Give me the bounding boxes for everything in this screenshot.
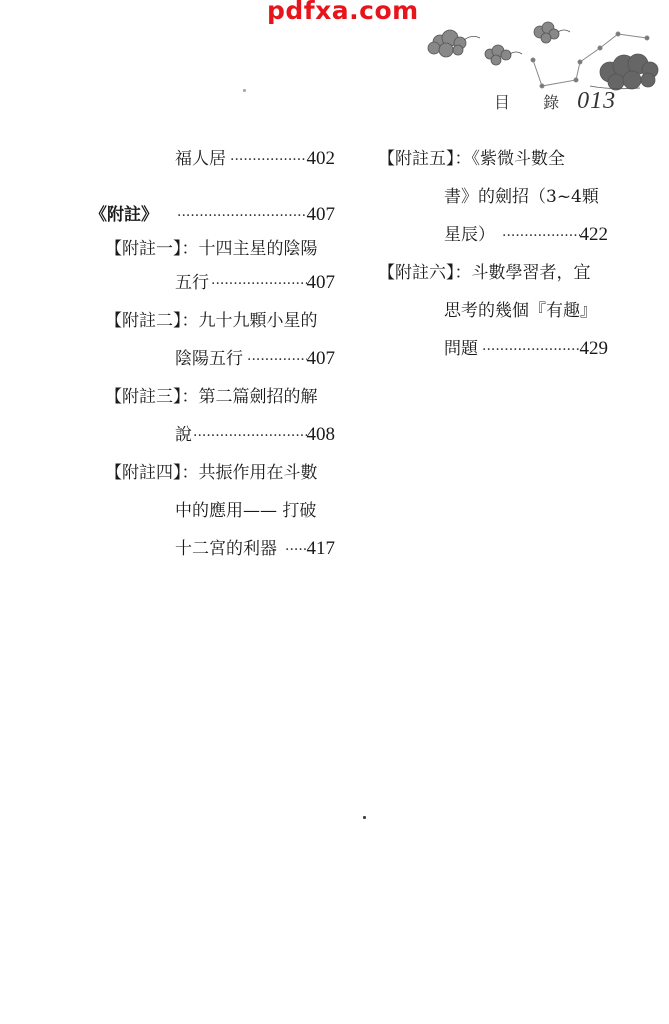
- toc-line[interactable]: 【附註四】：共振作用在斗數: [95, 454, 335, 492]
- scan-speck: [243, 89, 246, 92]
- toc-page: 429: [580, 330, 609, 368]
- header-title: 目 錄: [494, 90, 573, 113]
- toc-line[interactable]: 中的應用—— 打破: [95, 492, 335, 530]
- toc-section[interactable]: 《附註》 ···································…: [95, 196, 335, 230]
- toc-line[interactable]: 說 ······································…: [95, 416, 335, 454]
- toc-line[interactable]: 書》的劍招（3~4顆: [378, 178, 608, 216]
- dot-leader: ········································…: [482, 331, 580, 369]
- toc-line[interactable]: 陰陽五行 ···································…: [95, 340, 335, 378]
- toc-line[interactable]: 【附註一】：十四主星的陰陽: [95, 230, 335, 264]
- dot-leader: ········································…: [502, 217, 580, 255]
- toc-text: 中的應用—— 打破: [175, 492, 316, 530]
- toc-column-right: 【附註五】：《紫微斗數全 書》的劍招（3~4顆 星辰） ············…: [378, 140, 608, 368]
- toc-line[interactable]: 十二宮的利器 ·································…: [95, 530, 335, 568]
- cloud-constellation-decoration: [410, 18, 669, 98]
- toc-text: 星辰）: [444, 216, 495, 254]
- toc-page: 407: [307, 340, 336, 378]
- dot-leader: ········································…: [285, 531, 307, 569]
- toc-page: 422: [580, 216, 609, 254]
- toc-page: 402: [307, 140, 336, 178]
- toc-line[interactable]: 思考的幾個『有趣』: [378, 292, 608, 330]
- cloud-icon: [428, 30, 480, 57]
- toc-text: 【附註二】：九十九顆小星的: [105, 302, 318, 340]
- toc-section-title: 《附註》: [90, 196, 158, 234]
- toc-text: 十二宮的利器: [175, 530, 277, 568]
- toc-page: 407: [307, 196, 336, 234]
- toc-line[interactable]: 【附註五】：《紫微斗數全: [378, 140, 608, 178]
- toc-text: 說: [175, 416, 192, 454]
- toc-line[interactable]: 【附註二】：九十九顆小星的: [95, 302, 335, 340]
- toc-text: 【附註三】：第二篇劍招的解: [105, 378, 318, 416]
- toc-text: 【附註四】：共振作用在斗數: [105, 454, 318, 492]
- toc-line[interactable]: 問題 ·····································…: [378, 330, 608, 368]
- toc-text: 五行: [175, 264, 209, 302]
- toc-column-left: 福人居 ····································…: [95, 140, 335, 568]
- toc-page: 417: [307, 530, 336, 568]
- dot-leader: ········································…: [247, 341, 307, 379]
- toc-line[interactable]: 星辰） ····································…: [378, 216, 608, 254]
- toc-line[interactable]: 福人居 ····································…: [95, 140, 335, 192]
- dot-leader: ········································…: [211, 265, 307, 303]
- header-page-number: 013: [577, 88, 616, 115]
- toc-text: 陰陽五行: [175, 340, 243, 378]
- toc-page: 408: [307, 416, 336, 454]
- toc-text: 思考的幾個『有趣』: [444, 292, 597, 330]
- toc-text: 書》的劍招（3~4顆: [444, 178, 599, 216]
- toc-text: 【附註六】：斗數學習者，宜: [378, 254, 591, 292]
- dot-leader: ········································…: [193, 417, 307, 455]
- toc-page: 407: [307, 264, 336, 302]
- toc-text: 【附註五】：《紫微斗數全: [378, 140, 565, 178]
- watermark: pdfxa.com: [267, 0, 419, 25]
- toc-line[interactable]: 【附註三】：第二篇劍招的解: [95, 378, 335, 416]
- toc-line[interactable]: 五行 ·····································…: [95, 264, 335, 302]
- toc-line[interactable]: 【附註六】：斗數學習者，宜: [378, 254, 608, 292]
- running-head: 目 錄 013: [494, 88, 616, 115]
- toc-text: 【附註一】：十四主星的陰陽: [105, 230, 318, 268]
- toc-text: 問題: [444, 330, 478, 368]
- toc-text: 福人居: [175, 140, 226, 178]
- dot-leader: ········································…: [230, 141, 307, 179]
- scan-speck: [363, 816, 366, 819]
